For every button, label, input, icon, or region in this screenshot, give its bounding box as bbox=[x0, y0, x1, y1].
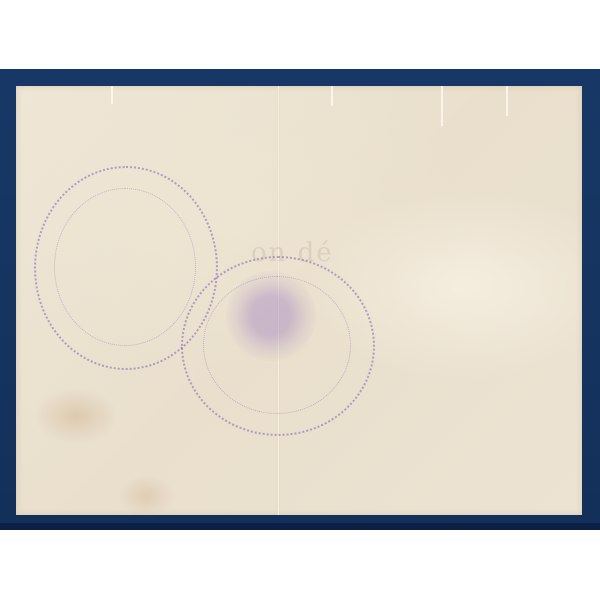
banknote-paper: on dé bbox=[16, 86, 582, 515]
ink-stamp-left-inner-ring bbox=[54, 188, 196, 346]
mount-bottom-shadow bbox=[0, 523, 600, 530]
edge-crease bbox=[441, 86, 443, 126]
ink-stamp-center-emblem bbox=[226, 271, 316, 361]
edge-crease bbox=[506, 86, 508, 116]
edge-crease bbox=[111, 86, 113, 104]
edge-crease bbox=[331, 86, 333, 106]
